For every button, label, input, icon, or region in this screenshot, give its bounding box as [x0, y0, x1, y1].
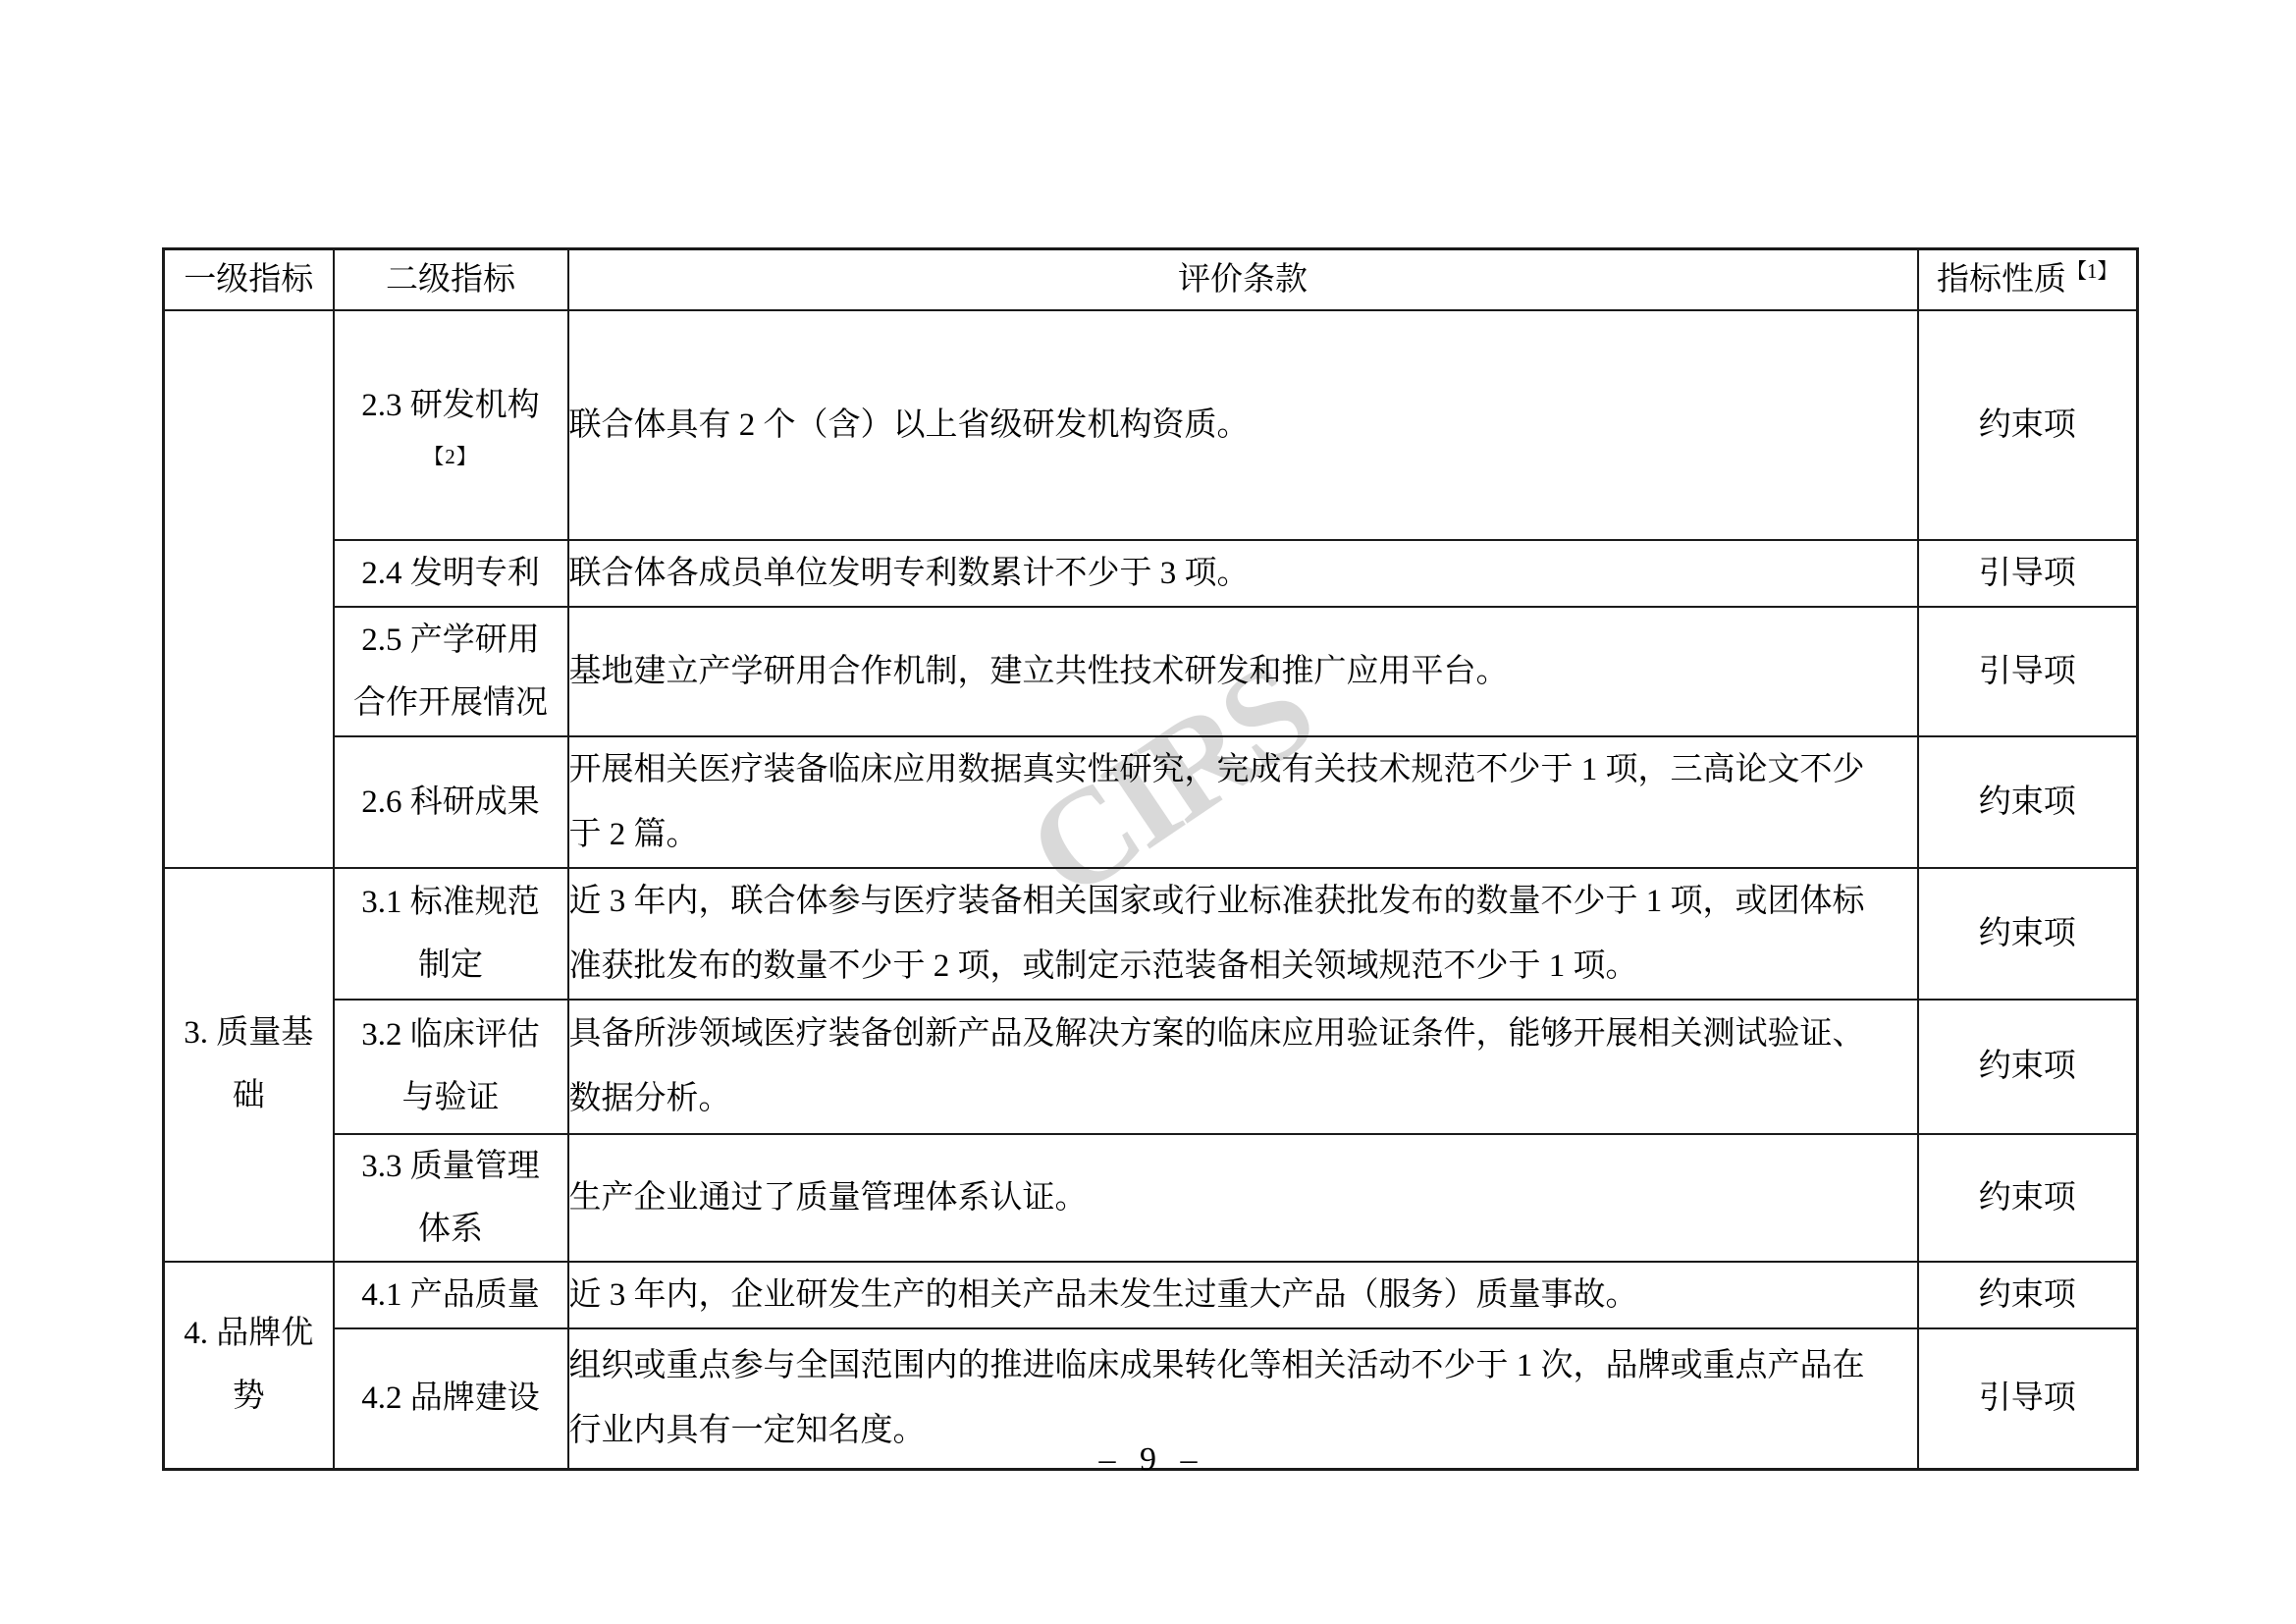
table-row-2-5: 2.5 产学研用 合作开展情况 基地建立产学研用合作机制，建立共性技术研发和推广… — [164, 607, 2138, 736]
level2-indicator-label: 2.3 研发机构 — [361, 388, 540, 423]
level2-indicator-cell: 3.1 标准规范 制定 — [334, 868, 568, 1000]
clause-cell: 近 3 年内，联合体参与医疗装备相关国家或行业标准获批发布的数量不少于 1 项，… — [568, 868, 1918, 1000]
nature-cell: 引导项 — [1918, 540, 2138, 607]
table-row-4-1: 4. 品牌优 势 4.1 产品质量 近 3 年内，企业研发生产的相关产品未发生过… — [164, 1262, 2138, 1328]
clause-cell: 联合体各成员单位发明专利数累计不少于 3 项。 — [568, 540, 1918, 607]
nature-cell: 约束项 — [1918, 1262, 2138, 1328]
table-header-row: 一级指标 二级指标 评价条款 指标性质【1】 — [164, 249, 2138, 310]
footnote-ref-1: 【1】 — [2066, 259, 2118, 283]
level2-indicator-cell: 2.6 科研成果 — [334, 736, 568, 868]
clause-cell: 联合体具有 2 个（含）以上省级研发机构资质。 — [568, 310, 1918, 540]
level1-indicator-cell: 3. 质量基 础 — [164, 868, 334, 1262]
level2-indicator-cell: 4.1 产品质量 — [334, 1262, 568, 1328]
nature-cell: 约束项 — [1918, 736, 2138, 868]
table-row-2-6: 2.6 科研成果 开展相关医疗装备临床应用数据真实性研究，完成有关技术规范不少于… — [164, 736, 2138, 868]
level2-indicator-cell: 3.3 质量管理 体系 — [334, 1134, 568, 1262]
document-page: CIRS 一级指标 二级指标 评价条款 指标性质【1】 2.3 研发机构 【2】… — [0, 0, 2296, 1624]
level2-indicator-cell: 3.2 临床评估 与验证 — [334, 1000, 568, 1134]
table-row-3-1: 3. 质量基 础 3.1 标准规范 制定 近 3 年内，联合体参与医疗装备相关国… — [164, 868, 2138, 1000]
header-level2-indicator: 二级指标 — [334, 249, 568, 310]
nature-cell: 引导项 — [1918, 607, 2138, 736]
table-row-3-3: 3.3 质量管理 体系 生产企业通过了质量管理体系认证。 约束项 — [164, 1134, 2138, 1262]
table-row-2-4: 2.4 发明专利 联合体各成员单位发明专利数累计不少于 3 项。 引导项 — [164, 540, 2138, 607]
clause-cell: 近 3 年内，企业研发生产的相关产品未发生过重大产品（服务）质量事故。 — [568, 1262, 1918, 1328]
nature-cell: 约束项 — [1918, 1000, 2138, 1134]
page-number: – 9 – — [0, 1441, 2296, 1479]
evaluation-criteria-table: 一级指标 二级指标 评价条款 指标性质【1】 2.3 研发机构 【2】 联合体具… — [162, 247, 2139, 1471]
header-nature-label: 指标性质 — [1937, 262, 2066, 298]
nature-cell: 约束项 — [1918, 868, 2138, 1000]
footnote-ref-2: 【2】 — [335, 437, 567, 476]
clause-cell: 生产企业通过了质量管理体系认证。 — [568, 1134, 1918, 1262]
clause-cell: 具备所涉领域医疗装备创新产品及解决方案的临床应用验证条件，能够开展相关测试验证、… — [568, 1000, 1918, 1134]
table-row-2-3: 2.3 研发机构 【2】 联合体具有 2 个（含）以上省级研发机构资质。 约束项 — [164, 310, 2138, 540]
clause-cell: 基地建立产学研用合作机制，建立共性技术研发和推广应用平台。 — [568, 607, 1918, 736]
header-clause: 评价条款 — [568, 249, 1918, 310]
clause-cell: 开展相关医疗装备临床应用数据真实性研究，完成有关技术规范不少于 1 项，三高论文… — [568, 736, 1918, 868]
header-level1-indicator: 一级指标 — [164, 249, 334, 310]
level2-indicator-cell: 2.4 发明专利 — [334, 540, 568, 607]
table-row-3-2: 3.2 临床评估 与验证 具备所涉领域医疗装备创新产品及解决方案的临床应用验证条… — [164, 1000, 2138, 1134]
level2-indicator-cell: 2.5 产学研用 合作开展情况 — [334, 607, 568, 736]
header-nature: 指标性质【1】 — [1918, 249, 2138, 310]
nature-cell: 约束项 — [1918, 310, 2138, 540]
level1-indicator-cell: 4. 品牌优 势 — [164, 1262, 334, 1470]
nature-cell: 约束项 — [1918, 1134, 2138, 1262]
level2-indicator-cell: 2.3 研发机构 【2】 — [334, 310, 568, 540]
level1-indicator-cell-empty — [164, 310, 334, 868]
